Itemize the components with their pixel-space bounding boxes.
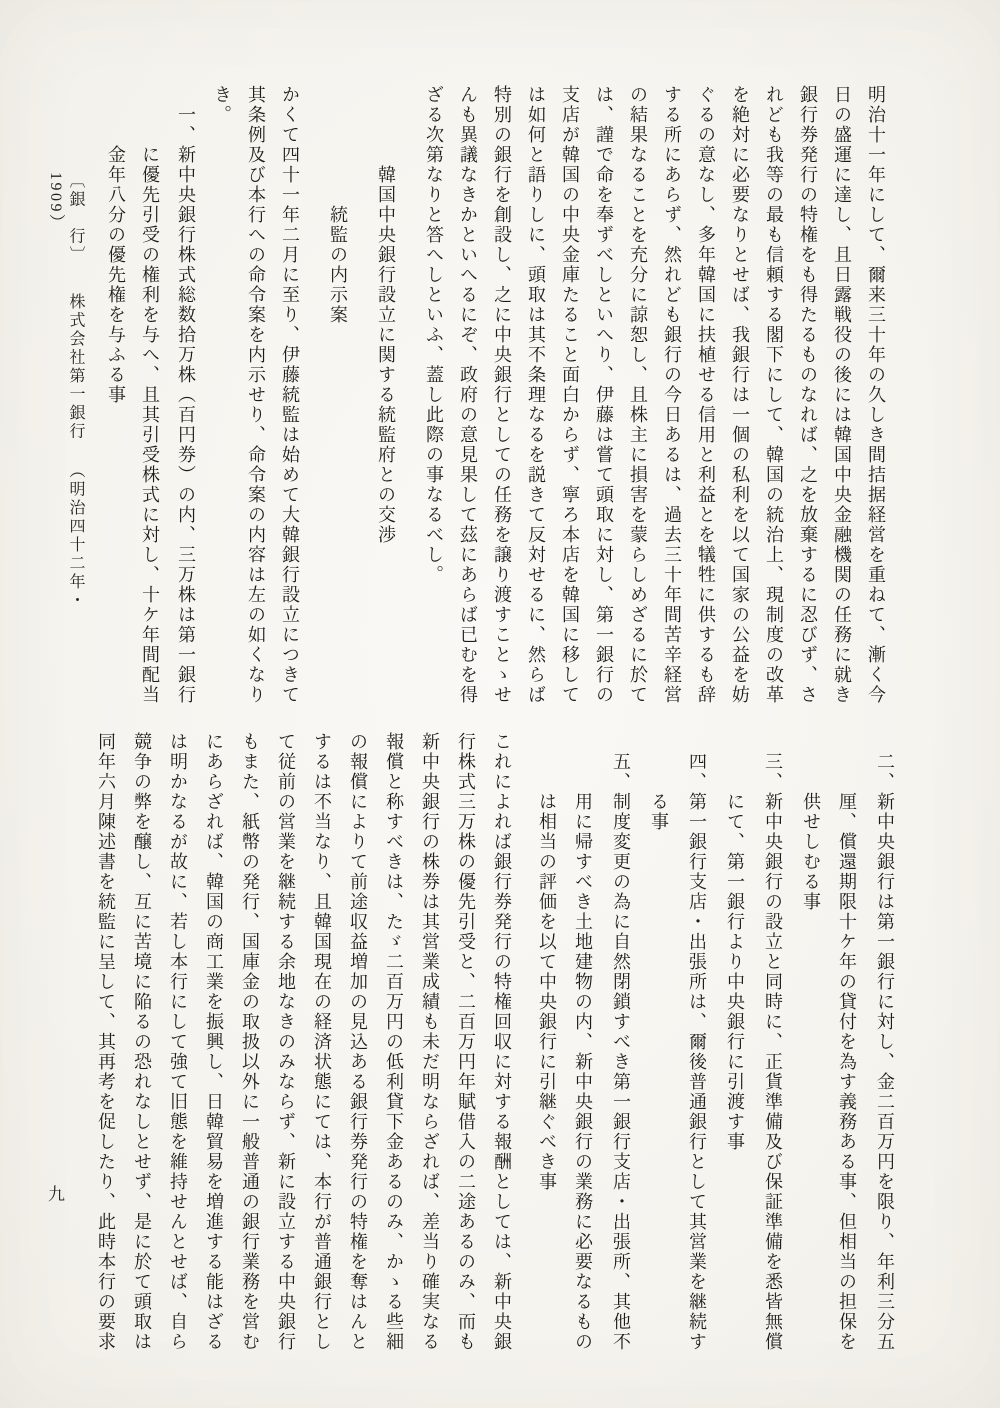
- text-column: 競争の弊を醸し、互に苦境に陥るの恐れなしとせず、是に於て頭取は: [124, 732, 160, 1352]
- text-column: 三、新中央銀行の設立と同時に、正貨準備及び保証準備を悉皆無償: [755, 732, 791, 1372]
- text-column: これによれば銀行券発行の特権回収に対する報酬としては、新中央銀: [484, 732, 520, 1352]
- top-text-block: 明治十一年にして、爾来三十年の久しき間拮据経営を重ねて、漸く今日の盛運に達し、且…: [99, 85, 893, 705]
- margin-category-label: 〔銀 行〕: [67, 172, 84, 265]
- text-column: 同年六月陳述書を統監に呈して、其再考を促したり、此時本行の要求: [88, 732, 124, 1352]
- text-column: に優先引受の権利を与へ、且其引受株式に対し、十ケ年間配当: [133, 85, 167, 765]
- text-column: 日の盛運に達し、且日露戦役の後には韓国中央金融機関の任務に就き: [825, 85, 859, 705]
- text-column: 報償と称すべきは、たゞ二百万円の低利貸下金あるのみ、かゝる些細: [376, 732, 412, 1352]
- text-column: 一、新中央銀行株式総数拾万株（百円券）の内、三万株は第一銀行: [169, 85, 203, 725]
- scanned-page: 明治十一年にして、爾来三十年の久しき間拮据経営を重ねて、漸く今日の盛運に達し、且…: [0, 0, 1000, 1408]
- page-number: 九: [48, 1180, 65, 1205]
- text-column: もまた、紙幣の発行、国庫金の取扱以外に一般普通の銀行業務を営む: [232, 732, 268, 1352]
- text-column: 銀行券発行の特権をも得たるものなれば、之を放棄するに忍びず、さ: [791, 85, 825, 705]
- text-column: にて、第一銀行より中央銀行に引渡す事: [717, 732, 753, 1408]
- text-column: するは不当なり、且韓国現在の経済状態にては、本行が普通銀行とし: [304, 732, 340, 1352]
- text-column: 金年八分の優先権を与ふる事: [99, 85, 133, 765]
- text-column: を絶対に必要なりとせば、我銀行は一個の私利を以て国家の公益を妨: [723, 85, 757, 705]
- text-column: 二、新中央銀行は第一銀行に対し、金二百万円を限り、年利三分五: [867, 732, 903, 1372]
- text-column: の報償によりて前途収益増加の見込ある銀行券発行の特権を奪はんと: [340, 732, 376, 1352]
- text-column: 行株式三万株の優先引受と、二百万円年賦借入の二途あるのみ、而も: [448, 732, 484, 1352]
- text-column: 五、制度変更の為に自然閉鎖すべき第一銀行支店・出張所、其他不: [603, 732, 639, 1372]
- text-column: き。: [205, 85, 239, 705]
- bottom-text-block: 二、新中央銀行は第一銀行に対し、金二百万円を限り、年利三分五厘、償還期限十ケ年の…: [88, 732, 905, 1352]
- text-column: にあらざれば、韓国の商工業を振興し、日韓貿易を増進する能はざる: [196, 732, 232, 1352]
- text-column: は、謹で命を奉ずべしといへり、伊藤は嘗て頭取に対し、第一銀行の: [587, 85, 621, 705]
- text-column: 厘、償還期限十ケ年の貸付を為す義務ある事、但相当の担保を: [829, 732, 865, 1408]
- text-column: 特別の銀行を創設し、之に中央銀行としての任務を譲り渡すことゝせ: [485, 85, 519, 705]
- text-column: 韓国中央銀行設立に関する統監府との交渉: [369, 85, 403, 785]
- text-column: 新中央銀行の株券は其営業成績も未だ明ならざれば、差当り確実なる: [412, 732, 448, 1352]
- margin-company-label: 株式会社第一銀行: [67, 293, 84, 441]
- text-column: は明かなるが故に、若し本行にして強て旧態を維持せんとせば、自ら: [160, 732, 196, 1352]
- text-column: ぐるの意なし、多年韓国に扶植せる信用と利益とを犠牲に供するも辞: [689, 85, 723, 705]
- text-column: は相当の評価を以て中央銀行に引継ぐべき事: [529, 732, 565, 1408]
- text-column: 供せしむる事: [793, 732, 829, 1408]
- text-column: 統監の内示案: [321, 85, 355, 825]
- text-column: 其条例及び本行への命令案を内示せり、命令案の内容は左の如くなり: [239, 85, 273, 705]
- margin-reference: 〔銀 行〕 株式会社第一銀行 （明治四十二年・1909）: [45, 172, 85, 642]
- text-column: んも異議なきかといへるにぞ、政府の意見果して茲にあらば已むを得: [451, 85, 485, 705]
- text-column: る事: [641, 732, 677, 1408]
- text-column: ざる次第なりと答へしといふ、蓋し此際の事なるべし。: [417, 85, 451, 705]
- text-column: かくて四十一年二月に至り、伊藤統監は始めて大韓銀行設立につきて: [273, 85, 307, 705]
- text-column: れども我等の最も信頼する閣下にして、韓国の統治上、現制度の改革: [757, 85, 791, 705]
- text-column: 四、第一銀行支店・出張所は、爾後普通銀行として其営業を継続す: [679, 732, 715, 1372]
- text-column: 明治十一年にして、爾来三十年の久しき間拮据経営を重ねて、漸く今: [859, 85, 893, 705]
- text-column: て従前の営業を継続する余地なきのみならず、新に設立する中央銀行: [268, 732, 304, 1352]
- text-column: の結果なることを充分に諒恕し、且株主に損害を蒙らしめざるに於て: [621, 85, 655, 705]
- text-column: は如何と語りしに、頭取は其不条理なるを説きて反対せるに、然らば: [519, 85, 553, 705]
- text-column: する所にあらず、然れども銀行の今日あるは、過去三十年間苦辛経営: [655, 85, 689, 705]
- text-column: 支店が韓国の中央金庫たること面白からず、寧ろ本店を韓国に移して: [553, 85, 587, 705]
- text-column: 用に帰すべき土地建物の内、新中央銀行の業務に必要なるもの: [565, 732, 601, 1408]
